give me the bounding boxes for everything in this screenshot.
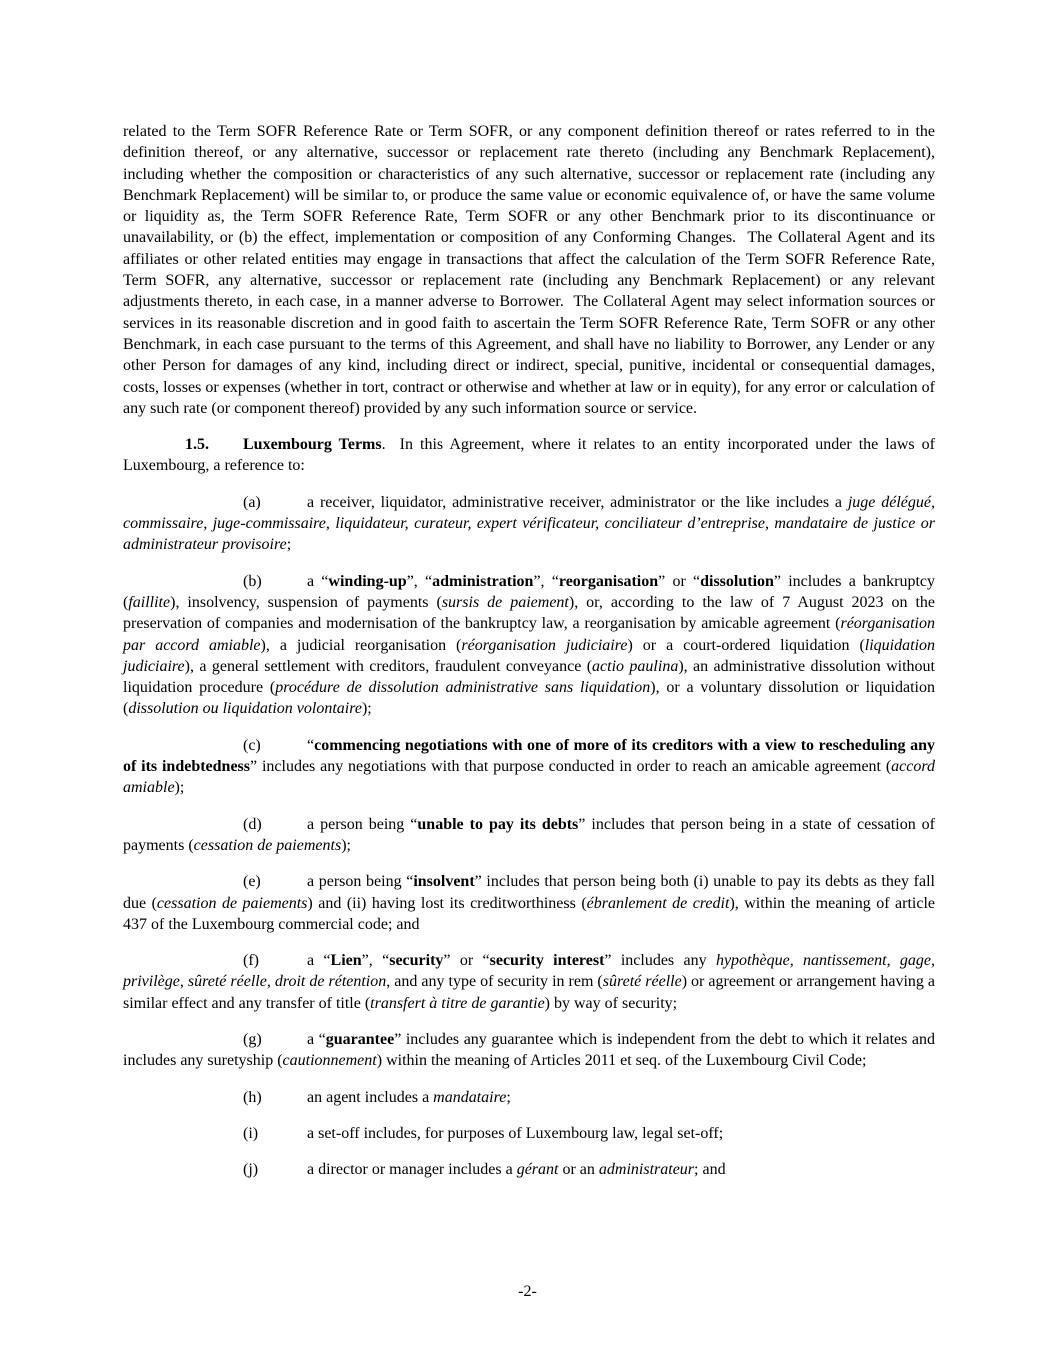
text-run: unable to pay its debts (417, 816, 578, 833)
clause-c-label: (c) (243, 735, 307, 756)
clause-b: (b)a “winding-up”, “administration”, “re… (123, 571, 935, 720)
text-run: faillite (128, 594, 170, 611)
text-run: réorganisation judiciaire (461, 637, 627, 654)
text-run: gérant (517, 1161, 559, 1178)
text-run: a person being “ (307, 816, 417, 833)
text-run: dissolution (700, 573, 774, 590)
document-page: related to the Term SOFR Reference Rate … (0, 0, 1055, 1365)
text-run: ) within the meaning of Articles 2011 et… (377, 1052, 867, 1069)
text-run: ”, “ (407, 573, 432, 590)
text-run: a “ (307, 952, 331, 969)
clause-i: (i)a set-off includes, for purposes of L… (123, 1123, 935, 1144)
text-run: or an (558, 1161, 598, 1178)
clause-j-label: (j) (243, 1159, 307, 1180)
clause-a: (a)a receiver, liquidator, administrativ… (123, 492, 935, 556)
text-run: , and any type of security in rem ( (386, 973, 603, 990)
text-run: ”, “ (362, 952, 390, 969)
clause-g: (g)a “guarantee” includes any guarantee … (123, 1029, 935, 1072)
text-run: related to the Term SOFR Reference Rate … (123, 123, 935, 417)
text-run: a director or manager includes a (307, 1161, 517, 1178)
text-run: a person being “ (307, 873, 413, 890)
text-run: a set-off includes, for purposes of Luxe… (307, 1125, 723, 1142)
text-run: ); (341, 837, 351, 854)
clause-b-label: (b) (243, 571, 307, 592)
clause-i-label: (i) (243, 1123, 307, 1144)
clause-f: (f)a “Lien”, “security” or “security int… (123, 950, 935, 1014)
clause-a-label: (a) (243, 492, 307, 513)
section-1-5: 1.5.Luxembourg Terms. In this Agreement,… (123, 434, 935, 477)
text-run: an agent includes a (307, 1089, 433, 1106)
text-run: actio paulina (592, 658, 678, 675)
text-run: administrateur (599, 1161, 694, 1178)
text-run: ; and (694, 1161, 726, 1178)
clause-h-label: (h) (243, 1087, 307, 1108)
clause-h: (h)an agent includes a mandataire; (123, 1087, 935, 1108)
text-run: cessation de paiements (194, 837, 342, 854)
text-run: cautionnement (283, 1052, 377, 1069)
text-run: ), a judicial reorganisation ( (261, 637, 462, 654)
text-run: Lien (331, 952, 362, 969)
text-run: security interest (490, 952, 605, 969)
text-run: ); (175, 779, 185, 796)
section-1-5-label: 1.5. (185, 434, 243, 455)
text-run: ), insolvency, suspension of payments ( (170, 594, 442, 611)
text-run: procédure de dissolution administrative … (275, 679, 650, 696)
text-run: reorganisation (559, 573, 658, 590)
clause-f-label: (f) (243, 950, 307, 971)
text-run: insolvent (413, 873, 474, 890)
text-run: winding-up (328, 573, 406, 590)
text-run: sursis de paiement (442, 594, 569, 611)
text-run: security (389, 952, 443, 969)
text-run: a “ (307, 573, 328, 590)
text-run: ” includes any (604, 952, 716, 969)
text-run: guarantee (326, 1031, 394, 1048)
clause-d-label: (d) (243, 814, 307, 835)
text-run: Luxembourg Terms (243, 436, 382, 453)
text-run: a “ (307, 1031, 326, 1048)
text-run: ; (506, 1089, 510, 1106)
text-run: mandataire (433, 1089, 506, 1106)
document-body: related to the Term SOFR Reference Rate … (123, 121, 935, 1195)
text-run: ) or a court-ordered liquidation ( (627, 637, 864, 654)
text-run: ); (362, 700, 372, 717)
text-run: ) by way of security; (545, 995, 677, 1012)
clause-j: (j)a director or manager includes a géra… (123, 1159, 935, 1180)
text-run: sûreté réelle (603, 973, 682, 990)
page-number: -2- (0, 1281, 1055, 1302)
text-run: ” or “ (443, 952, 489, 969)
clause-g-label: (g) (243, 1029, 307, 1050)
text-run: ) and (ii) having lost its creditworthin… (307, 895, 586, 912)
text-run: dissolution ou liquidation volontaire (128, 700, 362, 717)
text-run: ébranlement de credit (587, 895, 730, 912)
clause-e-label: (e) (243, 871, 307, 892)
text-run: ; (287, 536, 291, 553)
text-run: transfert à titre de garantie (370, 995, 545, 1012)
text-run: a receiver, liquidator, administrative r… (307, 494, 848, 511)
clause-d: (d)a person being “unable to pay its deb… (123, 814, 935, 857)
clause-c: (c)“commencing negotiations with one of … (123, 735, 935, 799)
text-run: cessation de paiements (157, 895, 308, 912)
clause-e: (e)a person being “insolvent” includes t… (123, 871, 935, 935)
text-run: ), a general settlement with creditors, … (185, 658, 592, 675)
paragraph-continuation: related to the Term SOFR Reference Rate … (123, 121, 935, 419)
text-run: ” or “ (658, 573, 700, 590)
text-run: ”, “ (533, 573, 558, 590)
text-run: administration (432, 573, 533, 590)
text-run: ” includes any negotiations with that pu… (250, 758, 891, 775)
